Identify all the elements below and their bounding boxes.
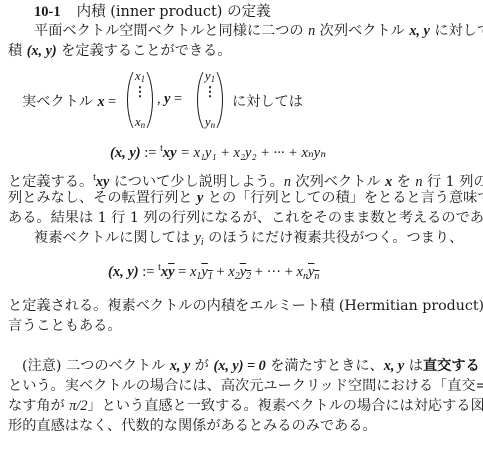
math-rhs: = x₁y₁ + x₂y₂ + ··· + xₙyₙ (177, 145, 327, 161)
text: なす角が (8, 398, 69, 414)
equation-hermitian-product: (x, y) := txy = x1y1 + x2y2 + ··· + xnyn (108, 262, 319, 282)
vector-suffix: に対しては (232, 91, 303, 111)
text: 次列ベクトル (315, 23, 409, 39)
sub: n (211, 120, 216, 130)
note-line3: なす角が π/2」という直感と一致する。複素ベクトルの場合には対応する図 (8, 397, 483, 415)
sub: 1 (141, 74, 146, 84)
text: について少し説明しよう。 (109, 174, 283, 190)
text: を (392, 174, 415, 190)
text: と定義する。 (8, 174, 93, 190)
para2-line2: 列とみなし、その転置行列と y との「行列としての積」をとると言う意味で (8, 189, 483, 207)
plus: + (281, 264, 296, 280)
equals: = (170, 91, 182, 107)
cdots: ··· (267, 264, 282, 280)
plus: + (213, 264, 228, 280)
x-vector-column: x1 ⋮ xn (127, 66, 153, 134)
text: が (190, 358, 213, 374)
math-x: x (161, 264, 168, 280)
math-lhs: (x, y) (108, 264, 139, 280)
equals: = (105, 94, 117, 110)
section-number: 10-1 (34, 4, 61, 20)
math-xy-pair: (x, y) (27, 43, 57, 59)
math-lhs: (x, y) (110, 145, 141, 161)
note-line4: 形的直感はなく、代数的な関係があるとみるのみである。 (8, 417, 377, 435)
defeq: := (139, 264, 158, 280)
text: 」という直感と一致する。複素ベクトルの場合には対応する図 (87, 398, 483, 414)
section-heading: 10-1内積 (inner product) の定義 (34, 3, 271, 21)
equation-real-inner-product: (x, y) := txy = x₁y₁ + x₂y₂ + ··· + xₙyₙ (110, 143, 326, 162)
vdots: ⋮ (127, 88, 153, 95)
term-orthogonal: 直交する (423, 358, 480, 374)
para3-line2: 言うこともある。 (8, 317, 122, 335)
text: のほうにだけ複素共役がつく。つまり、 (204, 230, 464, 246)
defeq: := (141, 145, 160, 161)
math-xy: xy (96, 174, 109, 190)
math-pi-over-2: π/2 (69, 398, 87, 414)
vdots: ⋮ (197, 88, 223, 95)
math-n: n (284, 174, 291, 190)
text: に対して内 (430, 23, 483, 39)
text: 次列ベクトル (291, 174, 385, 190)
text: との「行列としての積」をとると言う意味で (203, 190, 483, 206)
math-xy: x, y (409, 23, 430, 39)
y-vector-column: y1 ⋮ yn (197, 66, 223, 134)
note-line1: (注意) 二つのベクトル x, y が (x, y) = 0 を満たすときに、x… (22, 357, 480, 375)
sub: n (141, 120, 146, 130)
para1-line1: 平面ベクトル空間ベクトルと同様に二つの n 次列ベクトル x, y に対して内 (34, 22, 483, 40)
text: 実ベクトル (22, 94, 97, 110)
text: (注意) 二つのベクトル (22, 358, 170, 374)
text: を満たすときに、 (266, 358, 384, 374)
math-orthogonality-condition: (x, y) = 0 (214, 358, 266, 374)
section-title: 内積 (inner product) の定義 (77, 4, 271, 20)
vector-x-label: 実ベクトル x = (22, 91, 116, 111)
text: 列とみなし、その転置行列と (8, 190, 197, 206)
plus: + (251, 264, 266, 280)
para1-line2: 積 (x, y) を定義することができる。 (8, 42, 231, 60)
text: 行 1 列の行 (422, 174, 483, 190)
vector-definitions: 実ベクトル x = x1 ⋮ xn , y = y1 ⋮ yn に対しては (0, 66, 483, 136)
text: 積 (8, 43, 27, 59)
text: 複素ベクトルに関しては (34, 230, 195, 246)
text: を定義することができる。 (57, 43, 232, 59)
math-xy: xy (163, 145, 177, 161)
sub: 1 (211, 74, 216, 84)
equals: = (175, 264, 190, 280)
vector-y-label: , y = (157, 91, 182, 108)
para2-line3: ある。結果は 1 行 1 列の行列になるが、これをそのまま数と考えるのである。 (8, 209, 483, 227)
note-line2: という。実ベクトルの場合には、高次元ユークリッド空間における「直交= (8, 377, 483, 395)
math-x: x (97, 94, 104, 110)
text: 平面ベクトル空間ベクトルと同様に二つの (34, 23, 308, 39)
text: は (404, 358, 423, 374)
math-xy: x, y (384, 358, 405, 374)
para2-line4: 複素ベクトルに関しては yi のほうにだけ複素共役がつく。つまり、 (34, 229, 463, 252)
math-xy: x, y (170, 358, 191, 374)
para3-line1: と定義される。複素ベクトルの内積をエルミート積 (Hermitian produ… (8, 297, 483, 315)
para2-line1: と定義する。txy について少し説明しよう。n 次列ベクトル x を n 行 1… (8, 169, 483, 191)
sub: n (314, 271, 319, 282)
